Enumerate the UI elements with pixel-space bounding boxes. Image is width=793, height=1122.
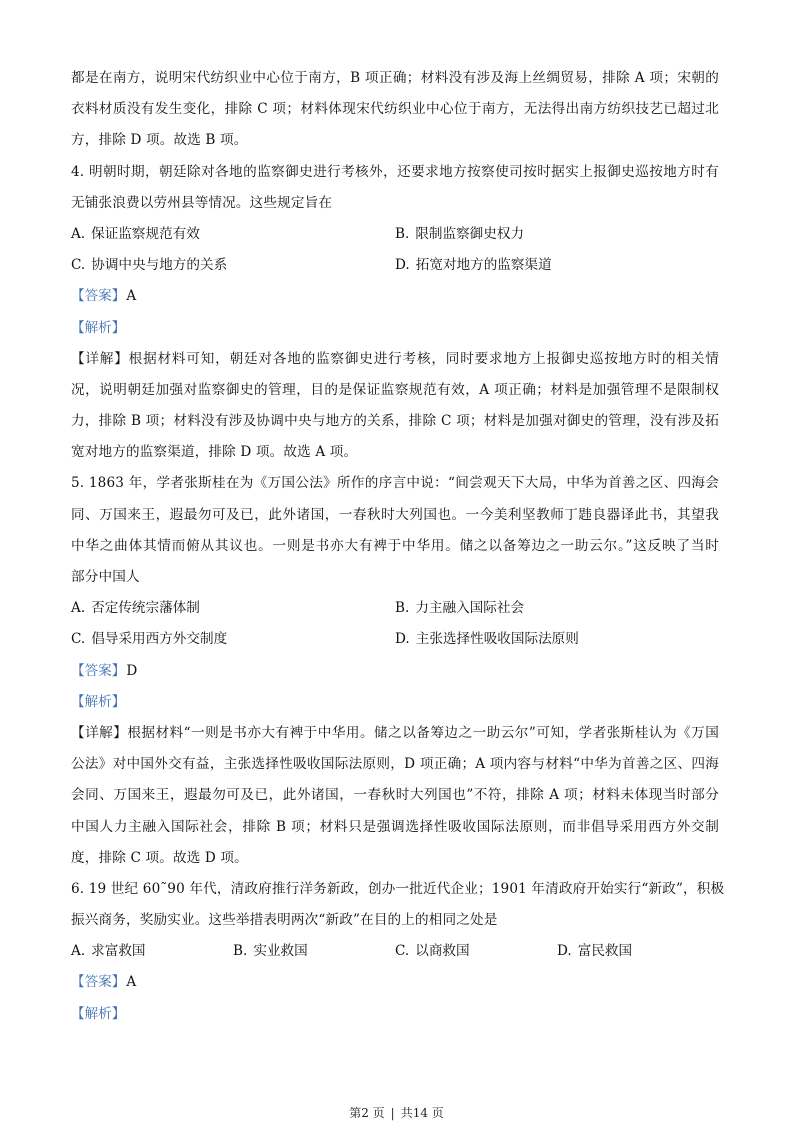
option-letter: B. <box>233 943 247 959</box>
option-text: 力主融入国际社会 <box>415 600 524 616</box>
option-text: 限制监察御史权力 <box>415 226 524 242</box>
analysis-line: 都是在南方，说明宋代纺织业中心位于南方，B 项正确；材料没有涉及海上丝绸贸易，排… <box>71 63 719 94</box>
option-text: 富民救国 <box>578 943 632 959</box>
option-letter: C. <box>395 943 409 959</box>
option-letter: A. <box>71 943 85 959</box>
detail-line: 宽对地方的监察渠道，排除 D 项。故选 A 项。 <box>71 437 719 468</box>
analysis-line: 衣料材质没有发生变化，排除 C 项；材料体现宋代纺织业中心位于南方，无法得出南方… <box>71 94 719 125</box>
page-current: 第2 页 <box>349 1106 384 1120</box>
analysis-label: 【解析】 <box>71 1006 125 1022</box>
option-d: D.主张选择性吸收国际法原则 <box>395 624 719 655</box>
options-row: A.求富救国 B.实业救国 C.以商救国 D.富民救国 <box>71 936 719 967</box>
option-text: 保证监察规范有效 <box>91 226 200 242</box>
question-4: 4. 明朝时期，朝廷除对各地的监察御史进行考核外，还要求地方按察使司按时据实上报… <box>71 157 719 469</box>
document-page: 都是在南方，说明宋代纺织业中心位于南方，B 项正确；材料没有涉及海上丝绸贸易，排… <box>71 63 719 1030</box>
option-c: C.协调中央与地方的关系 <box>71 250 395 281</box>
question-stem-line: 同、万国来王，遐最勿可及已，此外诸国，一春秋时大列国也。一今美利坚教师丁韪良器译… <box>71 500 719 531</box>
analysis-label: 【解析】 <box>71 320 125 336</box>
detail-line: 会同、万国来王，遐最勿可及已，此外诸国，一春秋时大列国也”不符，排除 A 项；材… <box>71 780 719 811</box>
option-letter: D. <box>557 943 572 959</box>
option-letter: C. <box>71 631 85 647</box>
detail-line: 力，排除 B 项；材料没有涉及协调中央与地方的关系，排除 C 项；材料是加强对御… <box>71 406 719 437</box>
detail-line: 【详解】根据材料“一则是书亦大有裨于中华用。储之以备筹边之一助云尔”可知，学者张… <box>71 718 719 749</box>
option-d: D.拓宽对地方的监察渠道 <box>395 250 719 281</box>
option-c: C.倡导采用西方外交制度 <box>71 624 395 655</box>
option-a: A.保证监察规范有效 <box>71 219 395 250</box>
answer-row: 【答案】D <box>71 656 719 687</box>
option-text: 拓宽对地方的监察渠道 <box>416 257 552 273</box>
option-letter: D. <box>395 631 410 647</box>
option-letter: B. <box>395 600 409 616</box>
options-row: C.倡导采用西方外交制度 D.主张选择性吸收国际法原则 <box>71 624 719 655</box>
analysis-line: 方，排除 D 项。故选 B 项。 <box>71 125 719 156</box>
detail-line: 度，排除 C 项。故选 D 项。 <box>71 843 719 874</box>
option-text: 倡导采用西方外交制度 <box>91 631 227 647</box>
analysis-label: 【解析】 <box>71 694 125 710</box>
answer-value: A <box>126 288 136 304</box>
answer-row: 【答案】A <box>71 281 719 312</box>
analysis-row: 【解析】 <box>71 313 719 344</box>
question-5: 5. 1863 年，学者张斯桂在为《万国公法》所作的序言中说：“间尝观天下大局，… <box>71 468 719 873</box>
detail-label: 【详解】 <box>71 351 129 367</box>
option-text: 主张选择性吸收国际法原则 <box>416 631 579 647</box>
option-a: A.否定传统宗藩体制 <box>71 593 395 624</box>
option-d: D.富民救国 <box>557 936 719 967</box>
page-total: 共14 页 <box>401 1106 444 1120</box>
answer-row: 【答案】A <box>71 967 719 998</box>
detail-line: 况，说明朝廷加强对监察御史的管理，目的是保证监察规范有效，A 项正确；材料是加强… <box>71 375 719 406</box>
question-6: 6. 19 世纪 60˜90 年代，清政府推行洋务新政，创办一批近代企业；190… <box>71 874 719 1030</box>
continued-analysis: 都是在南方，说明宋代纺织业中心位于南方，B 项正确；材料没有涉及海上丝绸贸易，排… <box>71 63 719 157</box>
option-letter: A. <box>71 226 85 242</box>
question-stem-line: 中华之曲体其情而俯从其议也。一则是书亦大有裨于中华用。储之以备筹边之一助云尔。”… <box>71 531 719 562</box>
option-a: A.求富救国 <box>71 936 233 967</box>
page-footer: 第2 页|共14 页 <box>0 1104 793 1121</box>
option-text: 实业救国 <box>253 943 307 959</box>
detail-label: 【详解】 <box>71 725 127 741</box>
options-row: A.保证监察规范有效 B.限制监察御史权力 <box>71 219 719 250</box>
option-text: 以商救国 <box>415 943 469 959</box>
question-stem-line: 5. 1863 年，学者张斯桂在为《万国公法》所作的序言中说：“间尝观天下大局，… <box>71 468 719 499</box>
detail-line: 中国人力主融入国际社会，排除 B 项；材料只是强调选择性吸收国际法原则，而非倡导… <box>71 812 719 843</box>
question-stem-line: 振兴商务，奖励实业。这些举措表明两次“新政”在目的上的相同之处是 <box>71 905 719 936</box>
question-stem-line: 部分中国人 <box>71 562 719 593</box>
option-b: B.限制监察御史权力 <box>395 219 719 250</box>
options-row: C.协调中央与地方的关系 D.拓宽对地方的监察渠道 <box>71 250 719 281</box>
answer-label: 【答案】 <box>71 663 125 679</box>
analysis-row: 【解析】 <box>71 687 719 718</box>
option-letter: C. <box>71 257 85 273</box>
footer-separator: | <box>391 1106 395 1120</box>
detail-line: 【详解】根据材料可知，朝廷对各地的监察御史进行考核，同时要求地方上报御史巡按地方… <box>71 344 719 375</box>
option-text: 协调中央与地方的关系 <box>91 257 227 273</box>
option-letter: A. <box>71 600 85 616</box>
question-stem-line: 4. 明朝时期，朝廷除对各地的监察御史进行考核外，还要求地方按察使司按时据实上报… <box>71 157 719 188</box>
answer-label: 【答案】 <box>71 288 125 304</box>
answer-value: D <box>126 663 137 679</box>
option-b: B.力主融入国际社会 <box>395 593 719 624</box>
options-row: A.否定传统宗藩体制 B.力主融入国际社会 <box>71 593 719 624</box>
detail-text: 根据材料“一则是书亦大有裨于中华用。储之以备筹边之一助云尔”可知，学者张斯桂认为… <box>127 725 719 741</box>
question-stem-line: 6. 19 世纪 60˜90 年代，清政府推行洋务新政，创办一批近代企业；190… <box>71 874 719 905</box>
detail-line: 公法》对中国外交有益，主张选择性吸收国际法原则，D 项正确；A 项内容与材料“中… <box>71 749 719 780</box>
option-letter: B. <box>395 226 409 242</box>
detail-text: 根据材料可知，朝廷对各地的监察御史进行考核，同时要求地方上报御史巡按地方时的相关… <box>129 351 719 367</box>
option-text: 求富救国 <box>91 943 145 959</box>
answer-label: 【答案】 <box>71 974 125 990</box>
answer-value: A <box>126 974 136 990</box>
option-letter: D. <box>395 257 410 273</box>
option-b: B.实业救国 <box>233 936 395 967</box>
option-text: 否定传统宗藩体制 <box>91 600 200 616</box>
analysis-row: 【解析】 <box>71 999 719 1030</box>
option-c: C.以商救国 <box>395 936 557 967</box>
question-stem-line: 无铺张浪费以劳州县等情况。这些规定旨在 <box>71 188 719 219</box>
